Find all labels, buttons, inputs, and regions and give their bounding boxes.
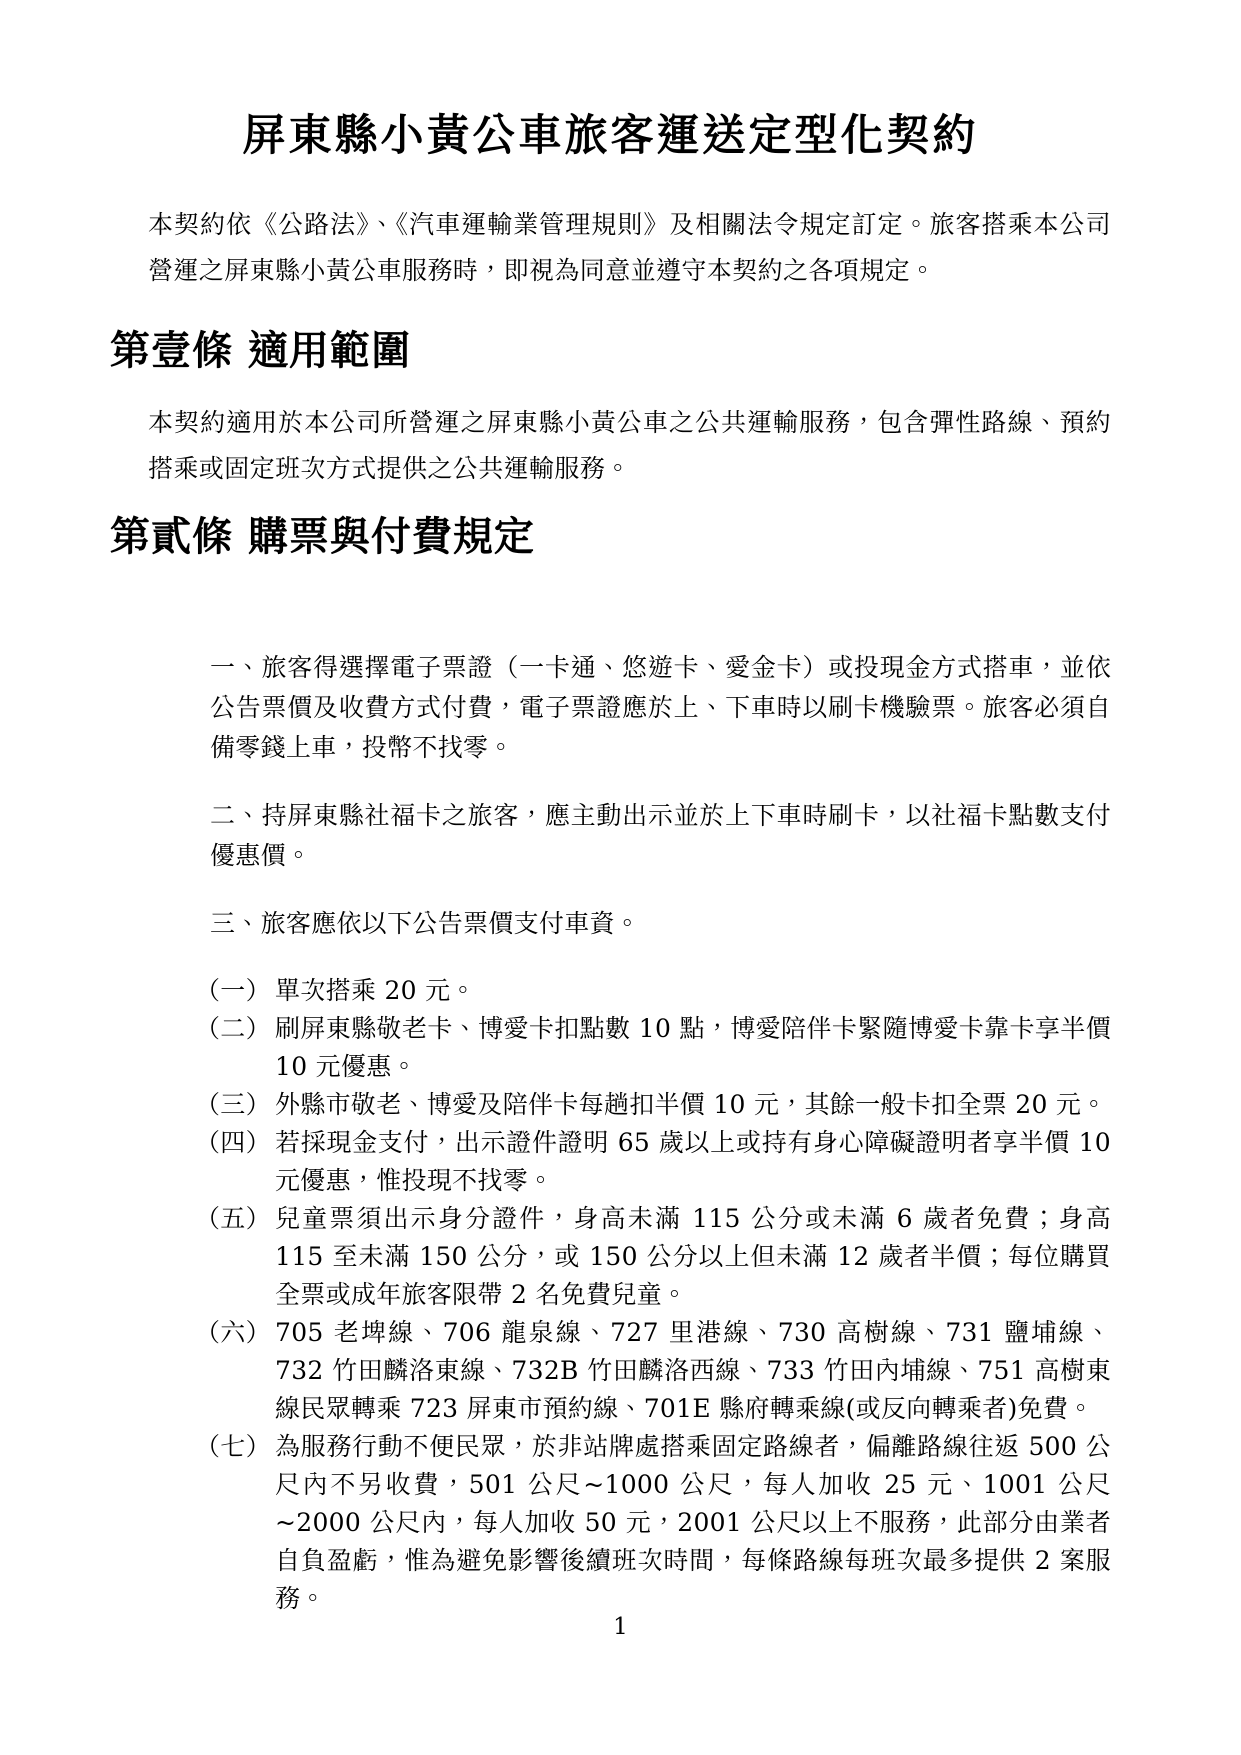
list-item-1-marker: 一、 [210, 653, 262, 682]
list-item-2-text: 持屏東縣社福卡之旅客，應主動出示並於上下車時刷卡，以社福卡點數支付優惠價。 [210, 801, 1111, 870]
list-item-3-marker: 三、 [210, 909, 261, 938]
section-2-heading: 第貳條 購票與付費規定 [110, 510, 1111, 564]
sub-list-item-6: （六） 705 老埤線、706 龍泉線、727 里港線、730 高樹線、731 … [195, 1314, 1111, 1428]
sub-list-item-4: （四） 若採現金支付，出示證件證明 65 歲以上或持有身心障礙證明者享半價 10… [195, 1124, 1111, 1200]
sub-list-item-4-text: 若採現金支付，出示證件證明 65 歲以上或持有身心障礙證明者享半價 10 元優惠… [275, 1124, 1111, 1200]
list-item-2-marker: 二、 [210, 801, 262, 830]
intro-paragraph: 本契約依《公路法》、《汽車運輸業管理規則》及相關法令規定訂定。旅客搭乘本公司營運… [148, 202, 1111, 294]
sub-list-item-3: （三） 外縣市敬老、博愛及陪伴卡每趟扣半價 10 元，其餘一般卡扣全票 20 元… [195, 1086, 1111, 1124]
sub-list-item-7: （七） 為服務行動不便民眾，於非站牌處搭乘固定路線者，偏離路線往返 500 公尺… [195, 1428, 1111, 1618]
section-1-heading: 第壹條 適用範圍 [110, 324, 1111, 378]
section-1-paragraph: 本契約適用於本公司所營運之屏東縣小黃公車之公共運輸服務，包含彈性路線、預約搭乘或… [148, 400, 1111, 492]
sub-list-item-3-text: 外縣市敬老、博愛及陪伴卡每趟扣半價 10 元，其餘一般卡扣全票 20 元。 [275, 1086, 1111, 1124]
fare-sub-list: （一） 單次搭乘 20 元。 （二） 刷屏東縣敬老卡、博愛卡扣點數 10 點，博… [110, 972, 1111, 1618]
document-page: 屏東縣小黃公車旅客運送定型化契約 本契約依《公路法》、《汽車運輸業管理規則》及相… [0, 0, 1241, 1755]
sub-list-item-2-marker: （二） [195, 1010, 275, 1086]
sub-list-item-7-marker: （七） [195, 1428, 275, 1618]
sub-list-item-1-text: 單次搭乘 20 元。 [275, 972, 1111, 1010]
list-item-3: 三、旅客應依以下公告票價支付車資。 [210, 904, 1111, 944]
list-item-3-text: 旅客應依以下公告票價支付車資。 [261, 909, 641, 938]
sub-list-item-1: （一） 單次搭乘 20 元。 [195, 972, 1111, 1010]
sub-list-item-6-marker: （六） [195, 1314, 275, 1428]
sub-list-item-5: （五） 兒童票須出示身分證件，身高未滿 115 公分或未滿 6 歲者免費；身高 … [195, 1200, 1111, 1314]
sub-list-item-2: （二） 刷屏東縣敬老卡、博愛卡扣點數 10 點，博愛陪伴卡緊隨博愛卡靠卡享半價 … [195, 1010, 1111, 1086]
numbered-item-list: 一、旅客得選擇電子票證（一卡通、悠遊卡、愛金卡）或投現金方式搭車，並依公告票價及… [110, 648, 1111, 944]
list-item-2: 二、持屏東縣社福卡之旅客，應主動出示並於上下車時刷卡，以社福卡點數支付優惠價。 [210, 796, 1111, 876]
sub-list-item-3-marker: （三） [195, 1086, 275, 1124]
sub-list-item-6-text: 705 老埤線、706 龍泉線、727 里港線、730 高樹線、731 鹽埔線、… [275, 1314, 1111, 1428]
document-title: 屏東縣小黃公車旅客運送定型化契約 [110, 104, 1111, 168]
page-number: 1 [0, 1612, 1241, 1642]
sub-list-item-5-text: 兒童票須出示身分證件，身高未滿 115 公分或未滿 6 歲者免費；身高 115 … [275, 1200, 1111, 1314]
sub-list-item-4-marker: （四） [195, 1124, 275, 1200]
sub-list-item-1-marker: （一） [195, 972, 275, 1010]
list-item-1-text: 旅客得選擇電子票證（一卡通、悠遊卡、愛金卡）或投現金方式搭車，並依公告票價及收費… [210, 653, 1111, 762]
sub-list-item-5-marker: （五） [195, 1200, 275, 1314]
list-item-1: 一、旅客得選擇電子票證（一卡通、悠遊卡、愛金卡）或投現金方式搭車，並依公告票價及… [210, 648, 1111, 768]
sub-list-item-2-text: 刷屏東縣敬老卡、博愛卡扣點數 10 點，博愛陪伴卡緊隨博愛卡靠卡享半價 10 元… [275, 1010, 1111, 1086]
sub-list-item-7-text: 為服務行動不便民眾，於非站牌處搭乘固定路線者，偏離路線往返 500 公尺內不另收… [275, 1428, 1111, 1618]
